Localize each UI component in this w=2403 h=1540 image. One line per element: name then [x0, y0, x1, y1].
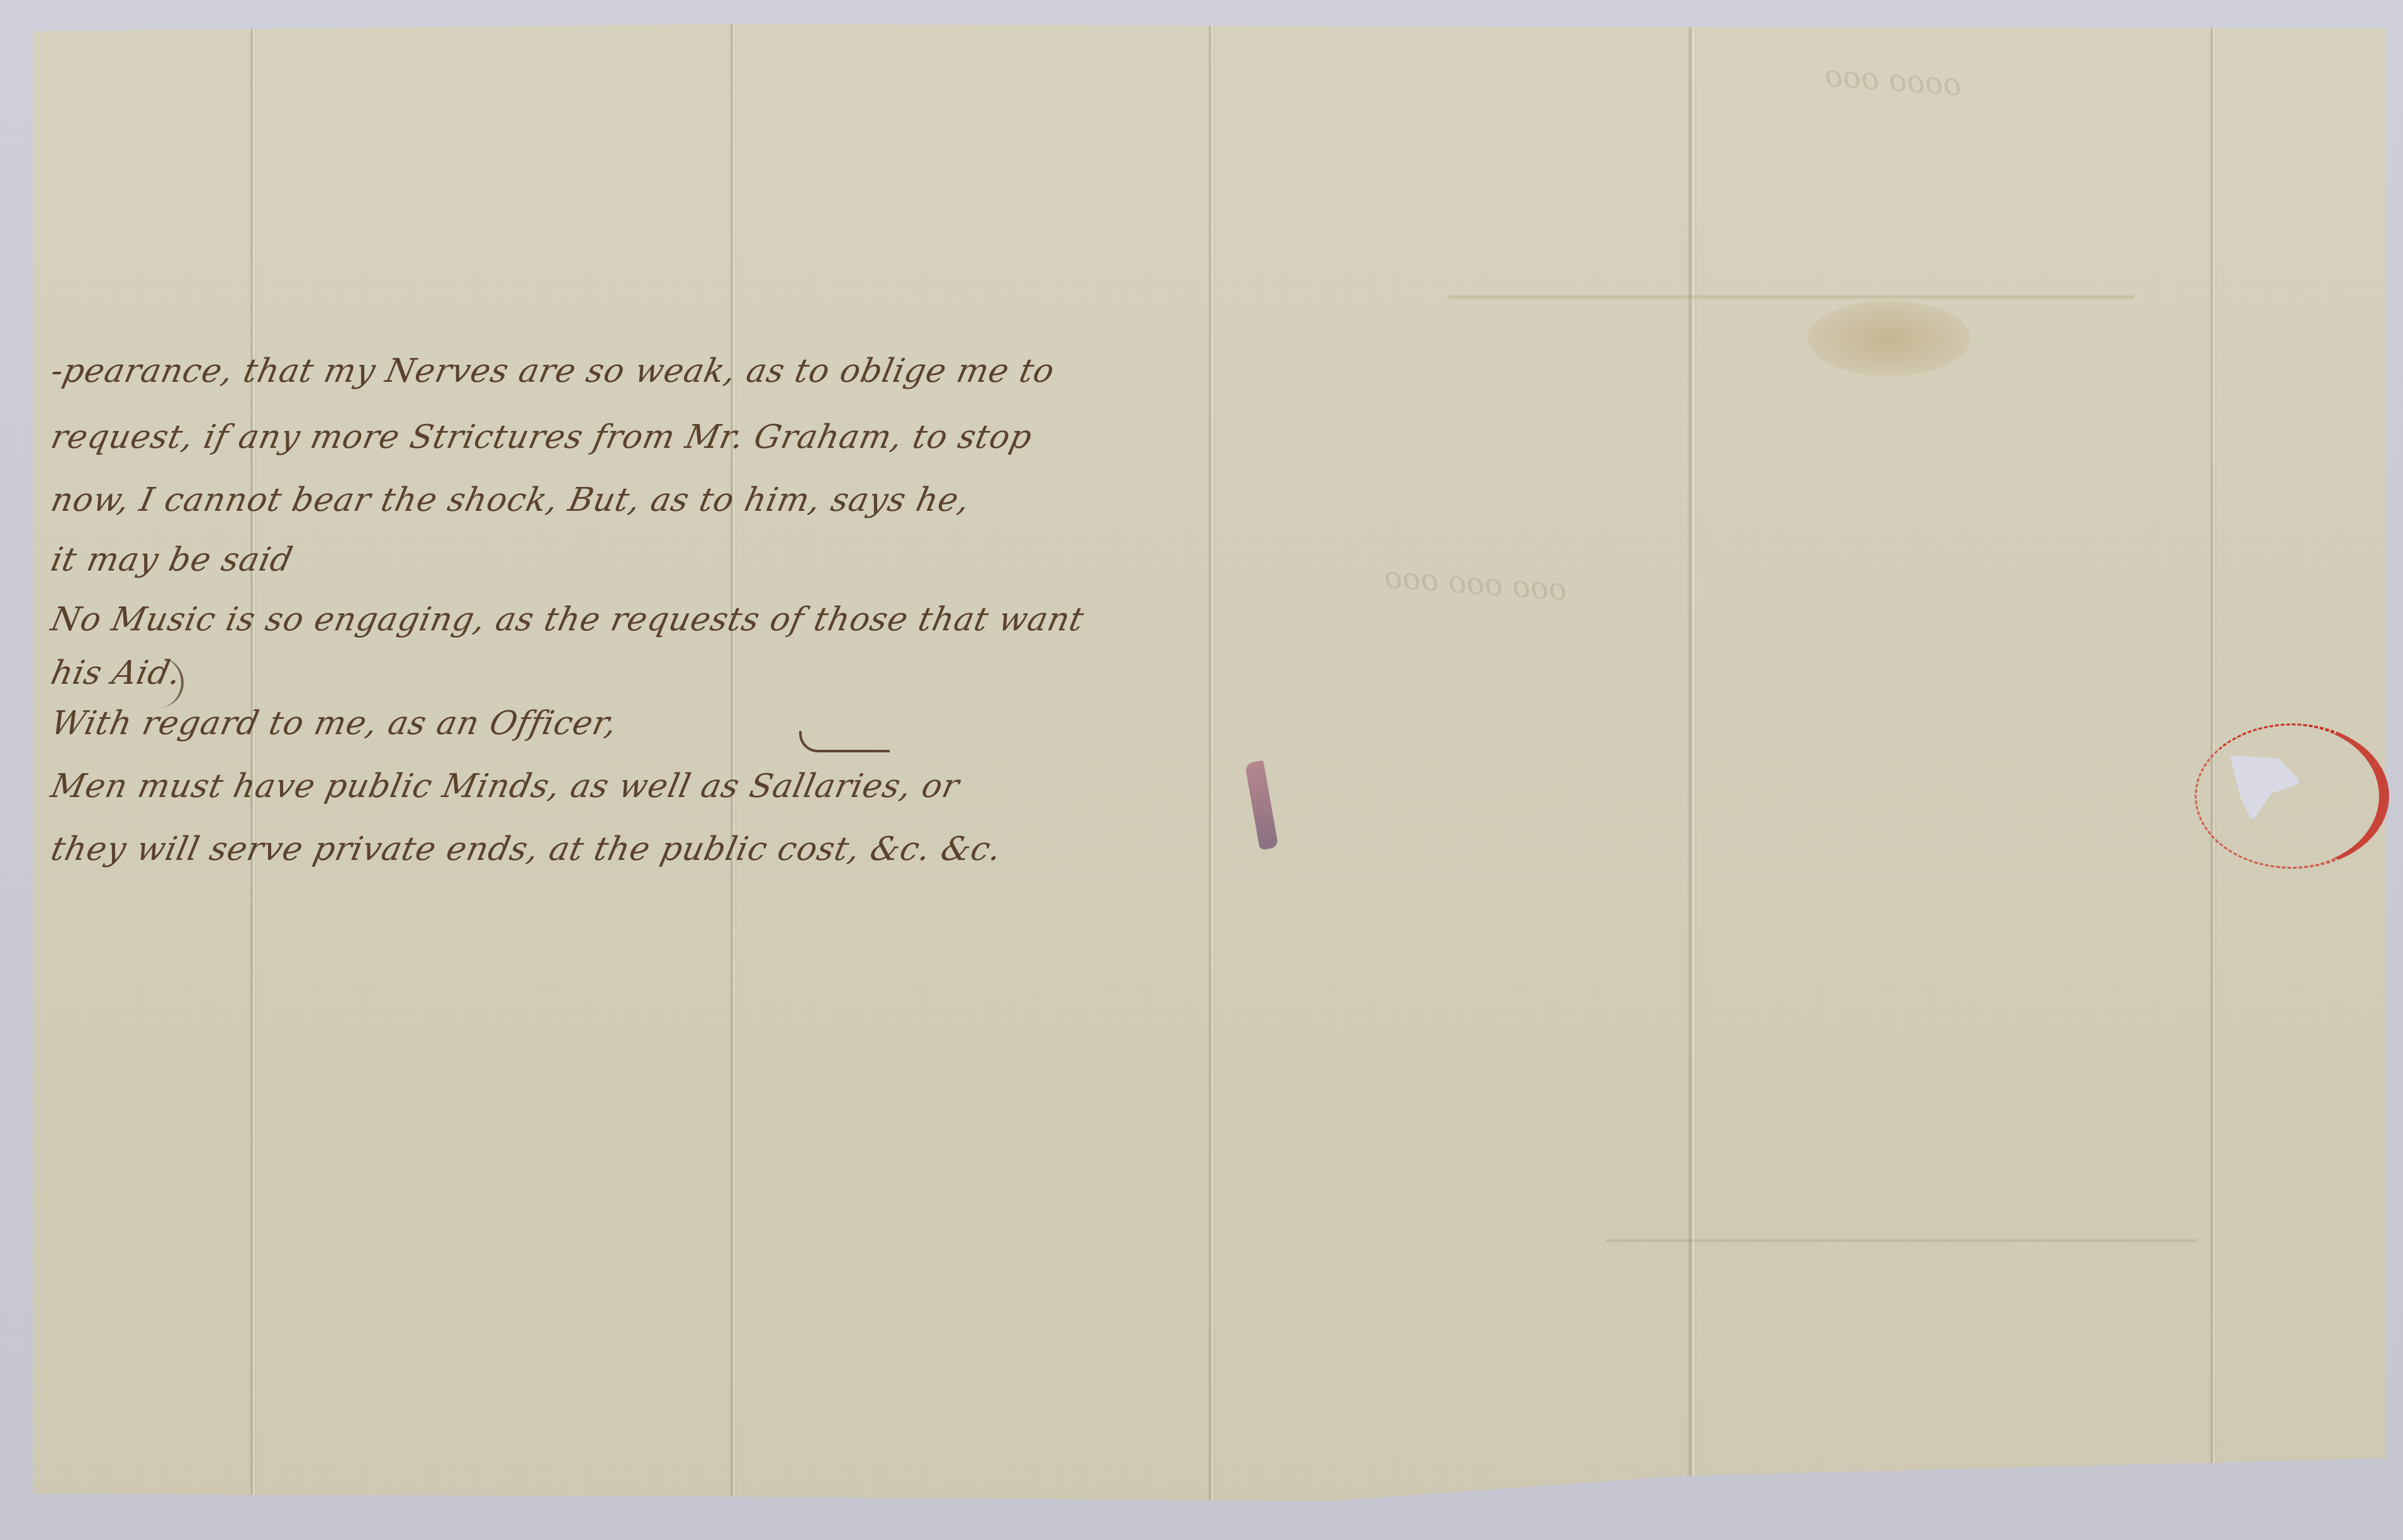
text-line-2: request, if any more Strictures from Mr.…	[48, 418, 1036, 456]
text-line-5: No Music is so engaging, as the requests…	[48, 601, 1088, 639]
text-line-7: With regard to me, as an Officer,	[48, 705, 621, 742]
vertical-fold-3	[1208, 24, 1214, 1509]
vertical-fold-1	[250, 24, 256, 1509]
text-line-8: Men must have public Minds, as well as S…	[48, 767, 963, 805]
text-line-9: they will serve private ends, at the pub…	[48, 830, 1005, 868]
letter-sheet	[33, 24, 2386, 1509]
horizontal-fold-top	[1448, 294, 2134, 299]
vertical-fold-4	[1688, 24, 1696, 1509]
vertical-fold-2	[730, 24, 736, 1509]
wax-seal-remnant	[2195, 723, 2389, 869]
arrow-mark-icon	[799, 731, 890, 752]
horizontal-fold-bottom	[1606, 1238, 2197, 1243]
text-line-1: -pearance, that my Nerves are so weak, a…	[48, 352, 1058, 390]
text-line-4: it may be said	[48, 541, 296, 579]
text-line-3: now, I cannot bear the shock, But, as to…	[48, 481, 973, 519]
water-stain	[1807, 301, 1971, 376]
